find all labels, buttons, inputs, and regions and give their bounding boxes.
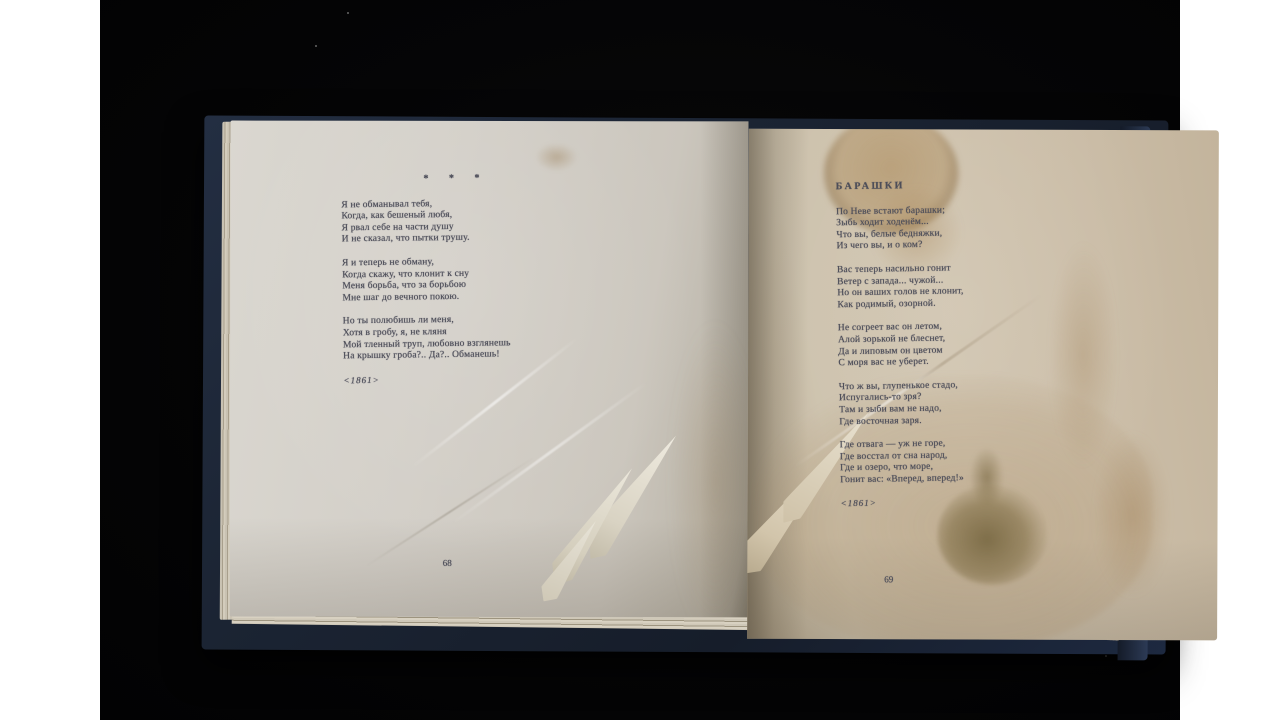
poem-line: Мне шаг до вечного покою. — [342, 290, 572, 304]
left-page: * * * Я не обманывал тебя,Когда, как беш… — [230, 121, 749, 618]
dust-speck — [347, 12, 349, 14]
poem-header: * * * — [341, 172, 571, 186]
poem-stanza: Я и теперь не обману,Когда скажу, что кл… — [342, 255, 573, 304]
stain — [1092, 430, 1173, 600]
poem-line: На крышку гроба?.. Да?.. Обманешь! — [343, 349, 573, 363]
poem-line: С моря вас не уберет. — [838, 355, 1068, 370]
right-poem: БАРАШКИ По Неве встают барашки;Зыбь ходи… — [836, 178, 1071, 511]
page-number-right: 69 — [884, 574, 893, 584]
crease — [365, 457, 534, 567]
poem-line: Гонит вас: «Вперед, вперед!» — [840, 472, 1070, 487]
poem-stanza: Вас теперь насильно гонитВетер с запада.… — [837, 262, 1068, 312]
poem-line: И не сказал, что пытки трушу. — [342, 232, 572, 246]
dust-speck — [1105, 655, 1107, 657]
poem-stanza: Что ж вы, глупенькое стадо,Испугались-то… — [839, 378, 1070, 428]
left-poem: * * * Я не обманывал тебя,Когда, как беш… — [341, 172, 574, 387]
poem-stanza: По Неве встают барашки;Зыбь ходит ходенё… — [836, 203, 1067, 253]
poem-date: <1861> — [343, 372, 573, 386]
page-number-left: 68 — [443, 558, 452, 568]
poem-stanza: Но ты полюбишь ли меня,Хотя в гробу, я, … — [343, 314, 574, 363]
screenshot: * * * Я не обманывал тебя,Когда, как беш… — [0, 0, 1280, 720]
poem-stanza: Я не обманывал тебя,Когда, как бешеный л… — [341, 197, 572, 246]
book: * * * Я не обманывал тебя,Когда, как беш… — [202, 113, 1169, 652]
poem-line: Из чего вы, и о ком? — [837, 238, 1067, 253]
right-page: БАРАШКИ По Неве встают барашки;Зыбь ходи… — [747, 129, 1219, 641]
stain — [535, 143, 577, 171]
stain — [670, 321, 749, 617]
book-photo: * * * Я не обманывал тебя,Когда, как беш… — [100, 0, 1180, 720]
poem-stanza: Где отвага — уж не горе,Где восстал от с… — [840, 437, 1071, 487]
poem-stanza: Не согреет вас он летом,Алой зорькой не … — [838, 320, 1069, 370]
poem-title: БАРАШКИ — [836, 178, 1066, 193]
dust-speck — [315, 45, 317, 47]
